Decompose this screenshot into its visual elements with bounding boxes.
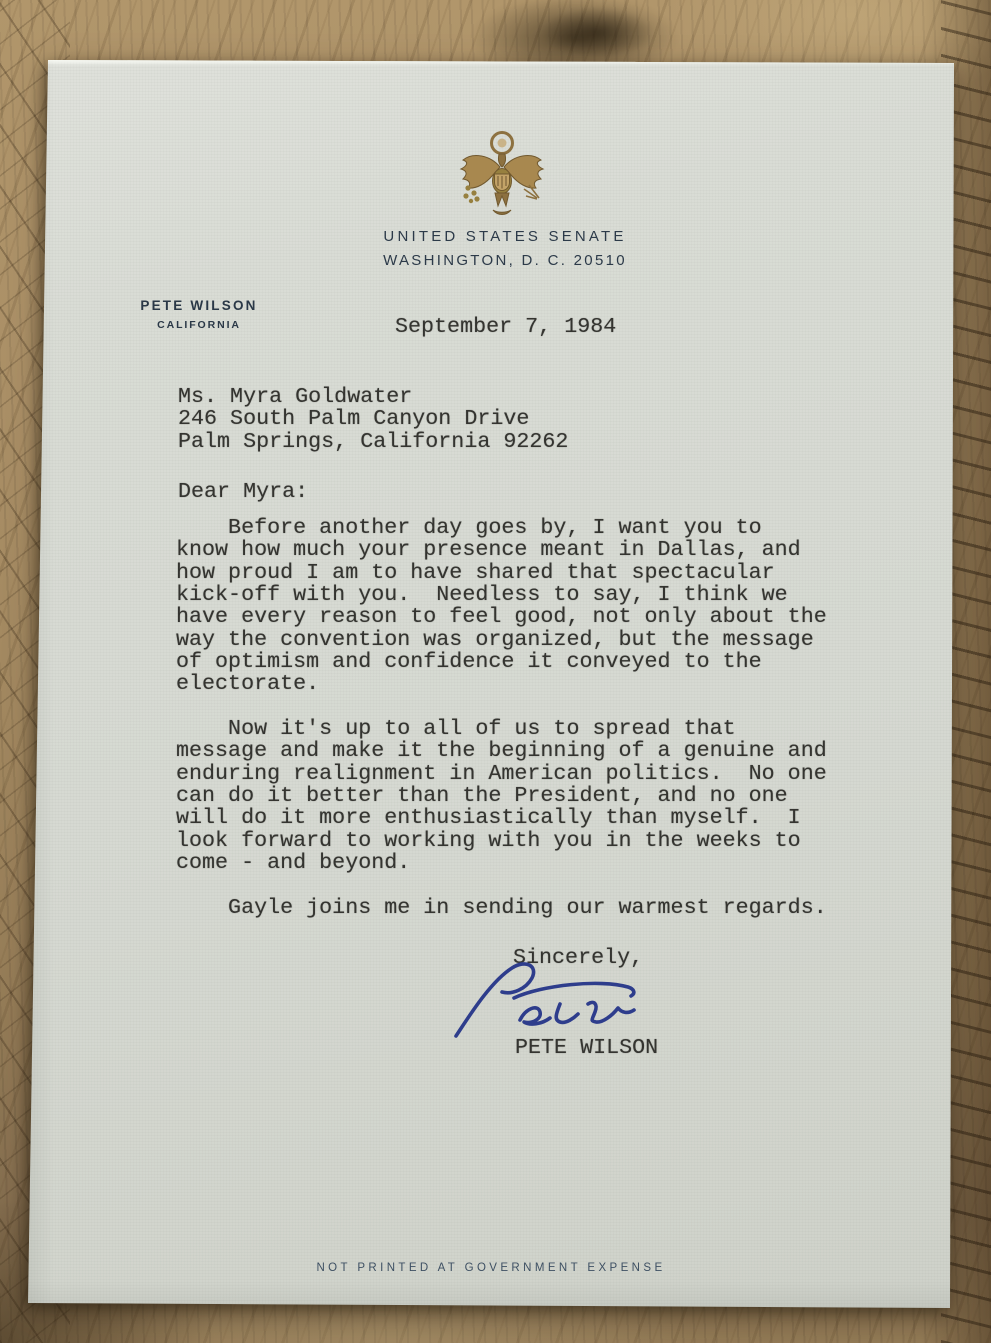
sender-name: PETE WILSON — [129, 298, 269, 313]
footer-note: NOT PRINTED AT GOVERNMENT EXPENSE — [28, 1262, 954, 1274]
sender-block: PETE WILSON CALIFORNIA — [129, 298, 269, 331]
date-line: September 7, 1984 — [395, 316, 616, 338]
pete-signature-handwriting — [448, 958, 683, 1040]
letterhead: UNITED STATES SENATE WASHINGTON, D. C. 2… — [42, 228, 968, 269]
letterhead-senate-line: UNITED STATES SENATE — [42, 228, 968, 245]
letter-body: Before another day goes by, I want you t… — [176, 517, 827, 919]
signer-name: PETE WILSON — [515, 1037, 658, 1059]
recipient-address: Ms. Myra Goldwater 246 South Palm Canyon… — [178, 386, 568, 453]
sender-state: CALIFORNIA — [129, 319, 269, 331]
salutation: Dear Myra: — [178, 481, 308, 503]
letter-paper-shadow: UNITED STATES SENATE WASHINGTON, D. C. 2… — [28, 60, 954, 1310]
letterhead-address-line: WASHINGTON, D. C. 20510 — [42, 252, 968, 269]
letter-paper: UNITED STATES SENATE WASHINGTON, D. C. 2… — [28, 60, 954, 1310]
